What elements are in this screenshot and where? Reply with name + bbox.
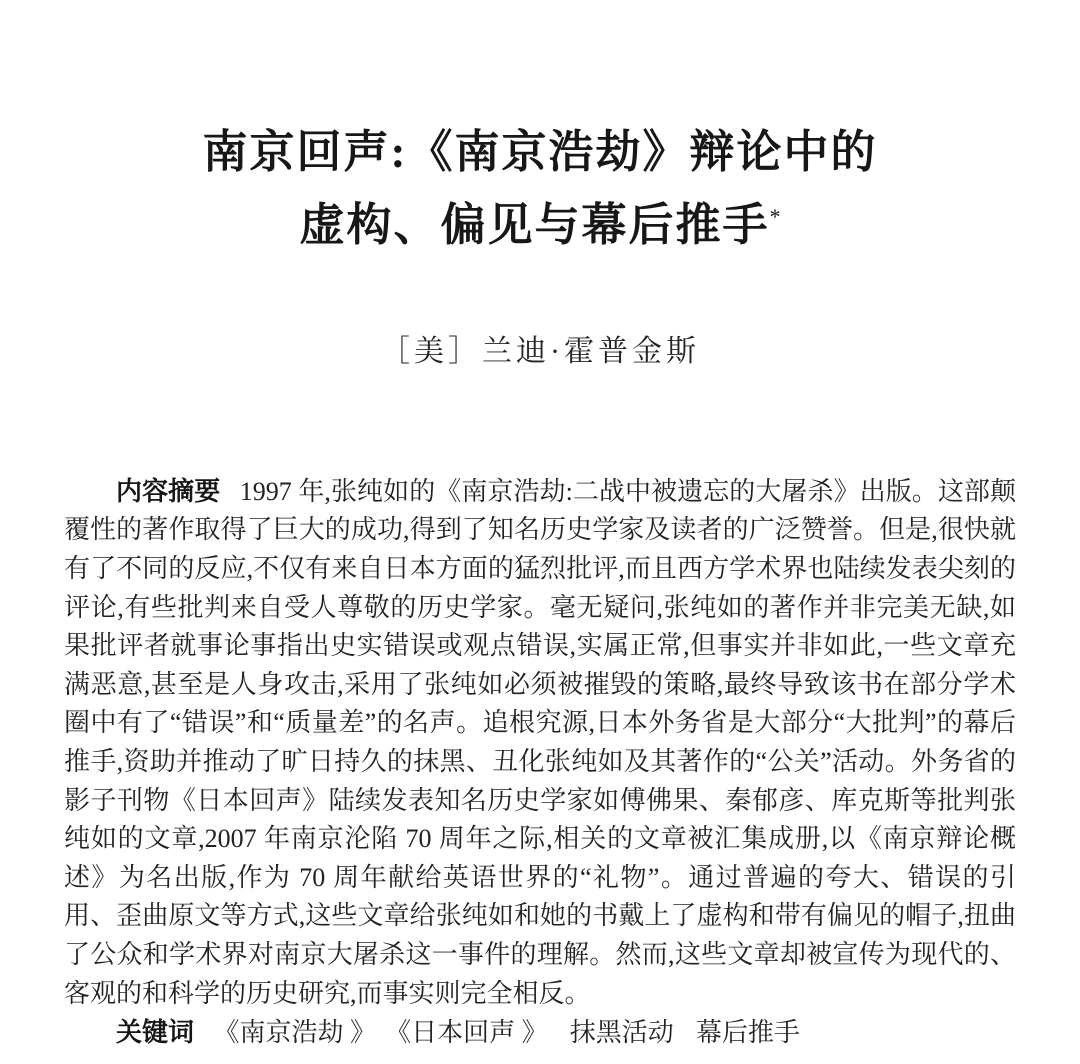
keywords-label: 关键词	[116, 1017, 194, 1047]
paper-title: 南京回声:《南京浩劫》辩论中的 虚构、偏见与幕后推手*	[0, 0, 1080, 262]
author-line: ［美］兰迪·霍普金斯	[0, 326, 1080, 370]
abstract-block: 内容摘要1997 年,张纯如的《南京浩劫:二战中被遗忘的大屠杀》出版。这部颠覆性…	[64, 472, 1016, 1053]
title-footnote-asterisk: *	[770, 204, 781, 229]
keyword-item: 幕后推手	[696, 1018, 800, 1047]
keyword-item: 抹黑活动	[570, 1018, 674, 1047]
keyword-item: 《日本回声 》	[398, 1018, 548, 1047]
abstract-text: 1997 年,张纯如的《南京浩劫:二战中被遗忘的大屠杀》出版。这部颠覆性的著作取…	[64, 477, 1016, 1008]
paper-page: 南京回声:《南京浩劫》辩论中的 虚构、偏见与幕后推手* ［美］兰迪·霍普金斯 内…	[0, 0, 1080, 1064]
paper-title-line-1: 南京回声:《南京浩劫》辩论中的	[203, 127, 878, 177]
abstract-label: 内容摘要	[116, 476, 220, 506]
abstract-paragraph: 内容摘要1997 年,张纯如的《南京浩劫:二战中被遗忘的大屠杀》出版。这部颠覆性…	[64, 472, 1016, 1013]
paper-title-line-2: 虚构、偏见与幕后推手	[299, 200, 769, 250]
keywords-line: 关键词《南京浩劫 》《日本回声 》抹黑活动幕后推手	[64, 1013, 1016, 1053]
keyword-item: 《南京浩劫 》	[214, 1018, 377, 1047]
